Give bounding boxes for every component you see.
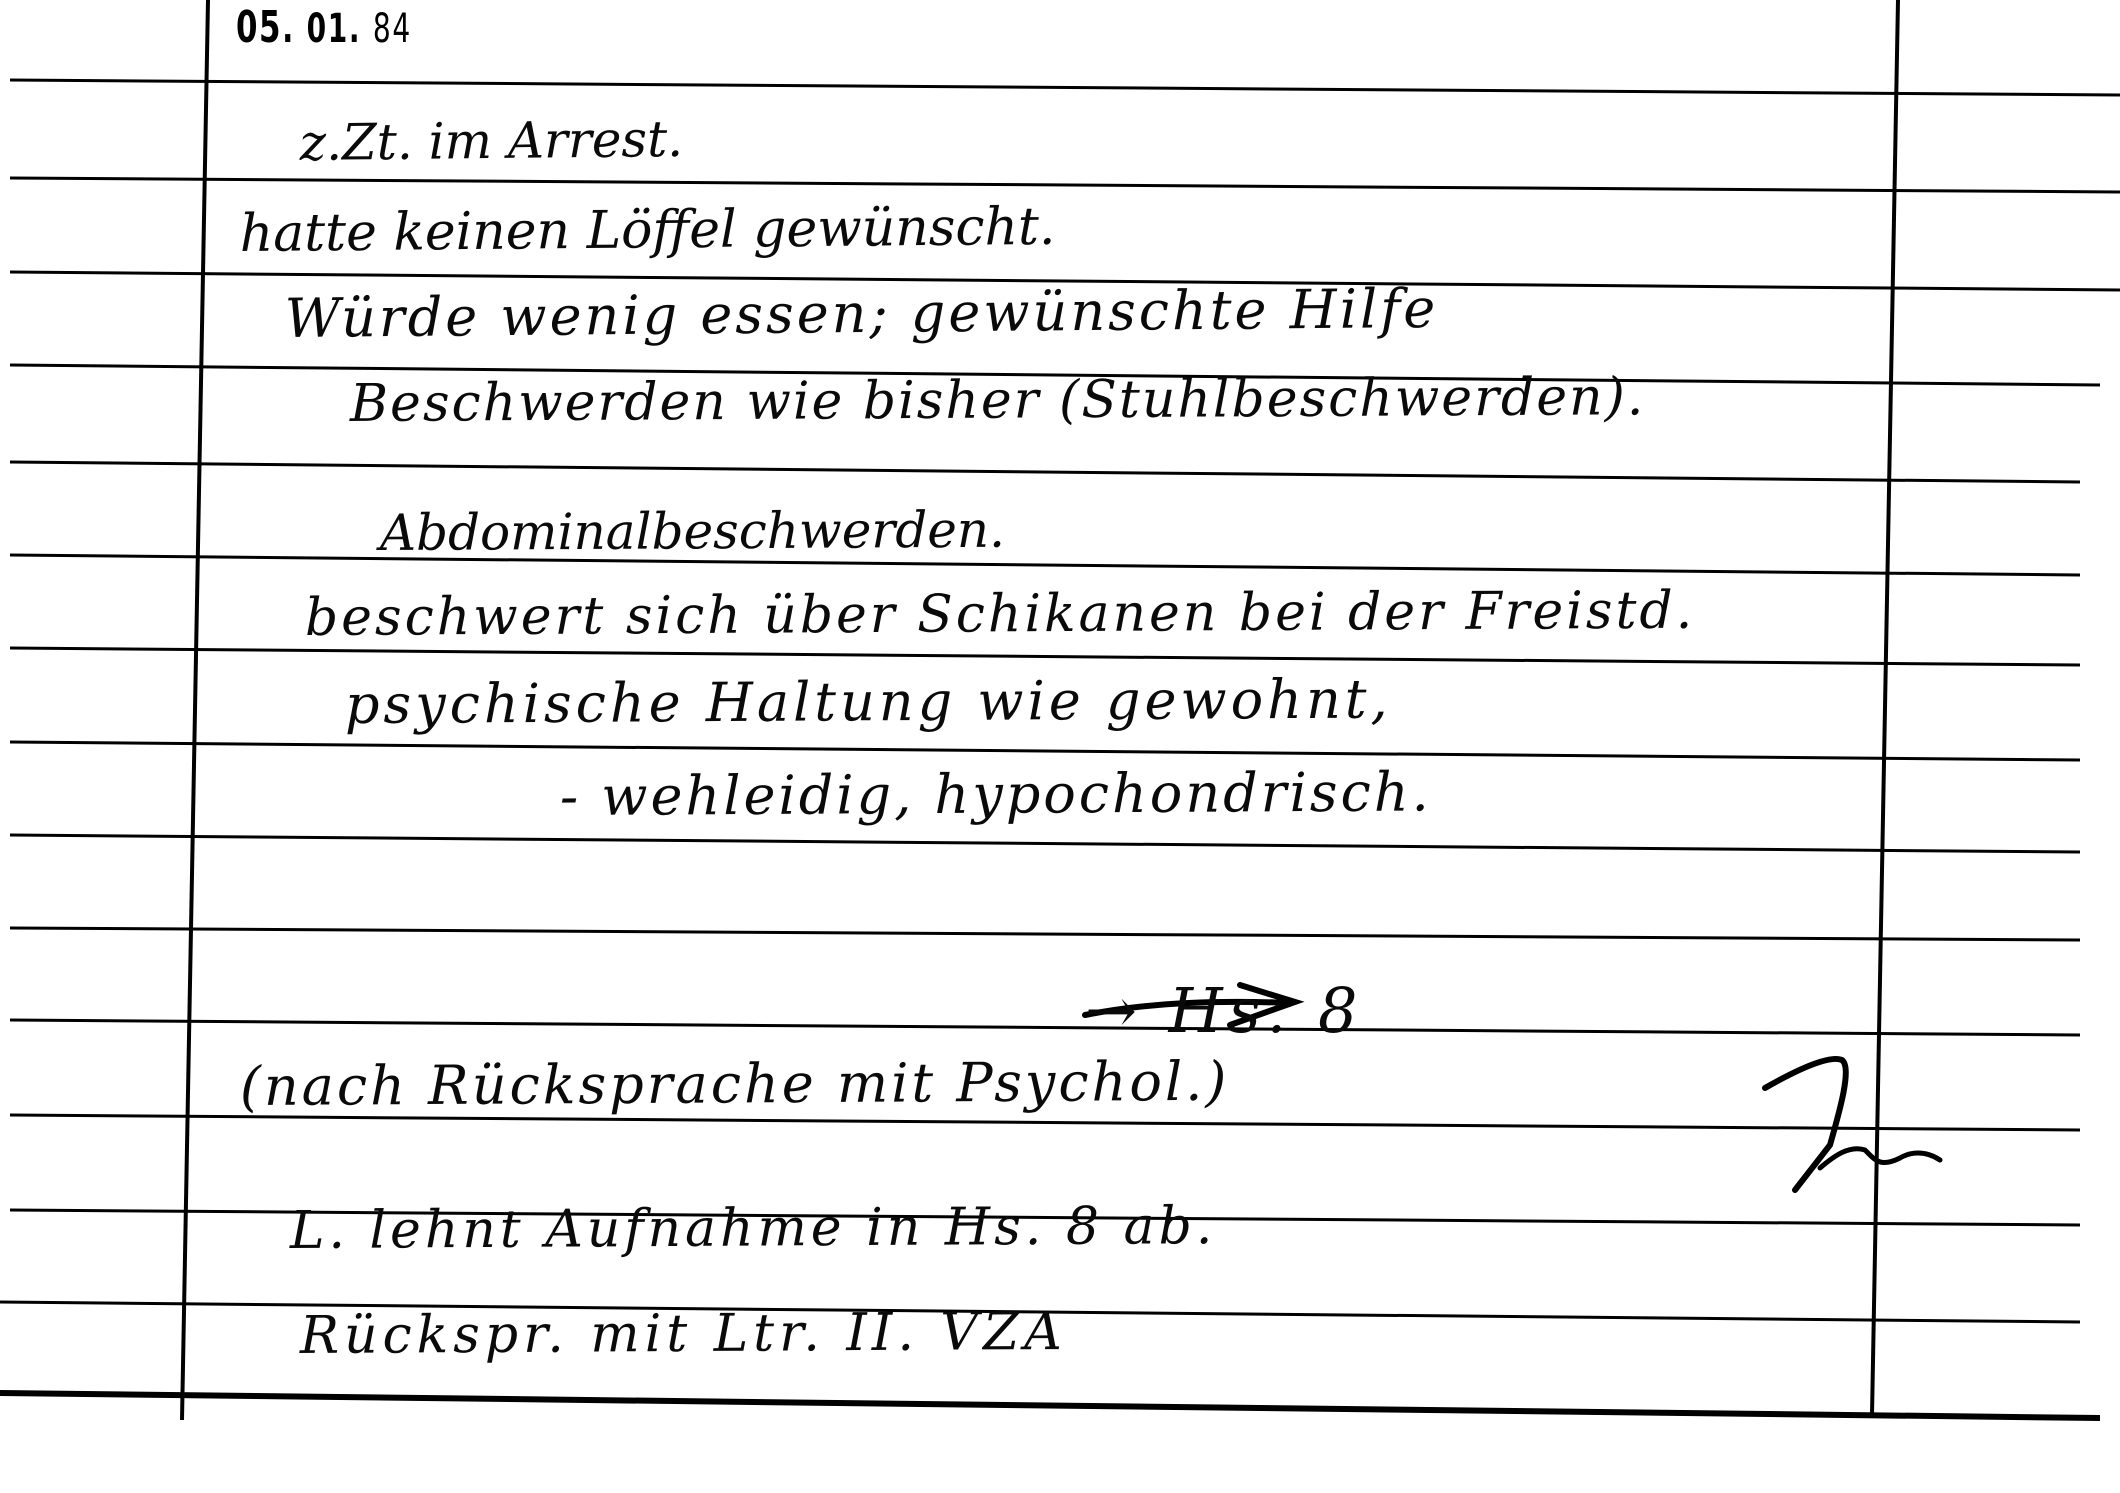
entry-line-11: Rückspr. mit Ltr. II. VZA [300,1306,1067,1362]
entry-line-10: L. lehnt Aufnahme in Hs. 8 ab. [290,1200,1217,1257]
entry-line-2: hatte keinen Löffel gewünscht. [240,201,1056,260]
entry-line-8: - wehleidig, hypochondrisch. [560,765,1432,824]
entry-line-9: (nach Rücksprache mit Psychol.) [240,1055,1230,1114]
entry-line-7: psychische Haltung wie gewohnt, [345,673,1392,732]
stamp-day: 05 [236,2,282,53]
entry-line-3: Würde wenig essen; gewünschte Hilfe [285,282,1439,346]
entry-line-5: Abdominalbeschwerden. [380,505,1005,558]
ledger-page: 05. 01. 84 z.Zt. im Arrest. hatte keinen… [0,0,2120,1493]
stamp-year: 84 [373,6,412,52]
entry-line-1: z.Zt. im Arrest. [299,114,683,168]
date-stamp: 05. 01. 84 [236,2,412,53]
entry-line-6: beschwert sich über Schikanen bei der Fr… [305,585,1696,644]
stamp-month: 01. [307,6,361,52]
entry-line-4: Beschwerden wie bisher (Stuhlbeschwerden… [350,371,1646,430]
signature-initials [1760,1050,2000,1200]
entry-line-arrow-hs8: → Hs. 8 [1085,980,1363,1042]
